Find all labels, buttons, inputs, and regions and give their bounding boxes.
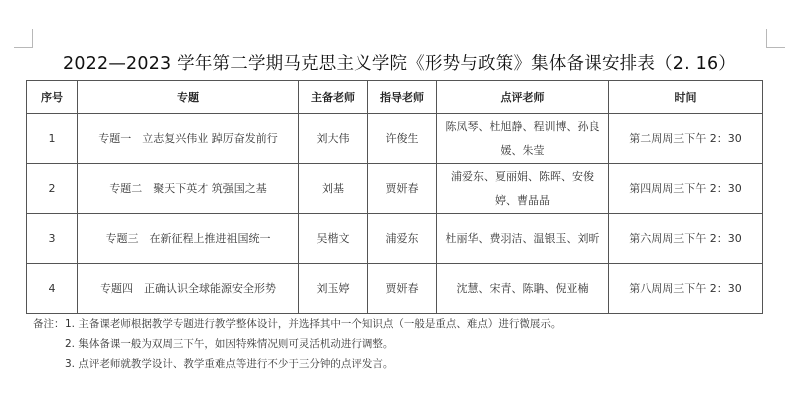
- cell-time: 第六周周三下午 2：30: [609, 214, 763, 264]
- cell-topic: 专题三 在新征程上推进祖国统一: [78, 214, 299, 264]
- header-no: 序号: [27, 81, 78, 114]
- cell-reviewers: 杜丽华、费羽洁、温银玉、刘昕: [437, 214, 609, 264]
- note-item-2: 2. 集体备课一般为双周三下午，如因特殊情况则可灵活机动进行调整。: [33, 334, 561, 354]
- cell-time: 第八周周三下午 2：30: [609, 264, 763, 314]
- notes-label: 备注：: [33, 314, 65, 334]
- table-row: 2 专题二 聚天下英才 筑强国之基 刘基 贾妍春 浦爱东、夏丽娟、陈晖、安俊婷、…: [27, 164, 763, 214]
- table-row: 1 专题一 立志复兴伟业 踔厉奋发前行 刘大伟 许俊生 陈凤琴、杜旭静、程训博、…: [27, 114, 763, 164]
- table-row: 3 专题三 在新征程上推进祖国统一 吴楷文 浦爱东 杜丽华、费羽洁、温银玉、刘昕…: [27, 214, 763, 264]
- cell-time: 第二周周三下午 2：30: [609, 114, 763, 164]
- header-lead-teacher: 主备老师: [299, 81, 368, 114]
- notes-section: 备注：1. 主备课老师根据教学专题进行教学整体设计，并选择其中一个知识点（一般是…: [33, 314, 561, 374]
- table-header-row: 序号 专题 主备老师 指导老师 点评老师 时间: [27, 81, 763, 114]
- cell-lead-teacher: 刘大伟: [299, 114, 368, 164]
- header-time: 时间: [609, 81, 763, 114]
- cell-lead-teacher: 刘玉婷: [299, 264, 368, 314]
- cell-no: 1: [27, 114, 78, 164]
- schedule-table: 序号 专题 主备老师 指导老师 点评老师 时间 1 专题一 立志复兴伟业 踔厉奋…: [26, 80, 763, 314]
- cell-topic: 专题一 立志复兴伟业 踔厉奋发前行: [78, 114, 299, 164]
- header-advisor: 指导老师: [368, 81, 437, 114]
- cell-advisor: 贾妍春: [368, 164, 437, 214]
- cell-no: 4: [27, 264, 78, 314]
- header-reviewers: 点评老师: [437, 81, 609, 114]
- cell-reviewers: 沈慧、宋青、陈聃、倪亚楠: [437, 264, 609, 314]
- header-topic: 专题: [78, 81, 299, 114]
- cell-topic: 专题四 正确认识全球能源安全形势: [78, 264, 299, 314]
- table-row: 4 专题四 正确认识全球能源安全形势 刘玉婷 贾妍春 沈慧、宋青、陈聃、倪亚楠 …: [27, 264, 763, 314]
- document-title: 2022—2023 学年第二学期马克思主义学院《形势与政策》集体备课安排表（2.…: [0, 50, 799, 75]
- note-item-1: 备注：1. 主备课老师根据教学专题进行教学整体设计，并选择其中一个知识点（一般是…: [33, 314, 561, 334]
- cell-advisor: 浦爱东: [368, 214, 437, 264]
- page-corner-mark-right: [766, 29, 785, 48]
- cell-topic: 专题二 聚天下英才 筑强国之基: [78, 164, 299, 214]
- cell-time: 第四周周三下午 2：30: [609, 164, 763, 214]
- cell-no: 2: [27, 164, 78, 214]
- cell-lead-teacher: 刘基: [299, 164, 368, 214]
- note-item-3: 3. 点评老师就教学设计、教学重难点等进行不少于三分钟的点评发言。: [33, 354, 561, 374]
- note-text: 2. 集体备课一般为双周三下午，如因特殊情况则可灵活机动进行调整。: [65, 338, 393, 350]
- cell-advisor: 贾妍春: [368, 264, 437, 314]
- note-text: 3. 点评老师就教学设计、教学重难点等进行不少于三分钟的点评发言。: [65, 358, 393, 370]
- cell-reviewers: 浦爱东、夏丽娟、陈晖、安俊婷、曹晶晶: [437, 164, 609, 214]
- cell-lead-teacher: 吴楷文: [299, 214, 368, 264]
- cell-reviewers: 陈凤琴、杜旭静、程训博、孙良媛、朱莹: [437, 114, 609, 164]
- cell-advisor: 许俊生: [368, 114, 437, 164]
- cell-no: 3: [27, 214, 78, 264]
- page-corner-mark-left: [14, 29, 33, 48]
- note-text: 1. 主备课老师根据教学专题进行教学整体设计，并选择其中一个知识点（一般是重点、…: [65, 318, 561, 330]
